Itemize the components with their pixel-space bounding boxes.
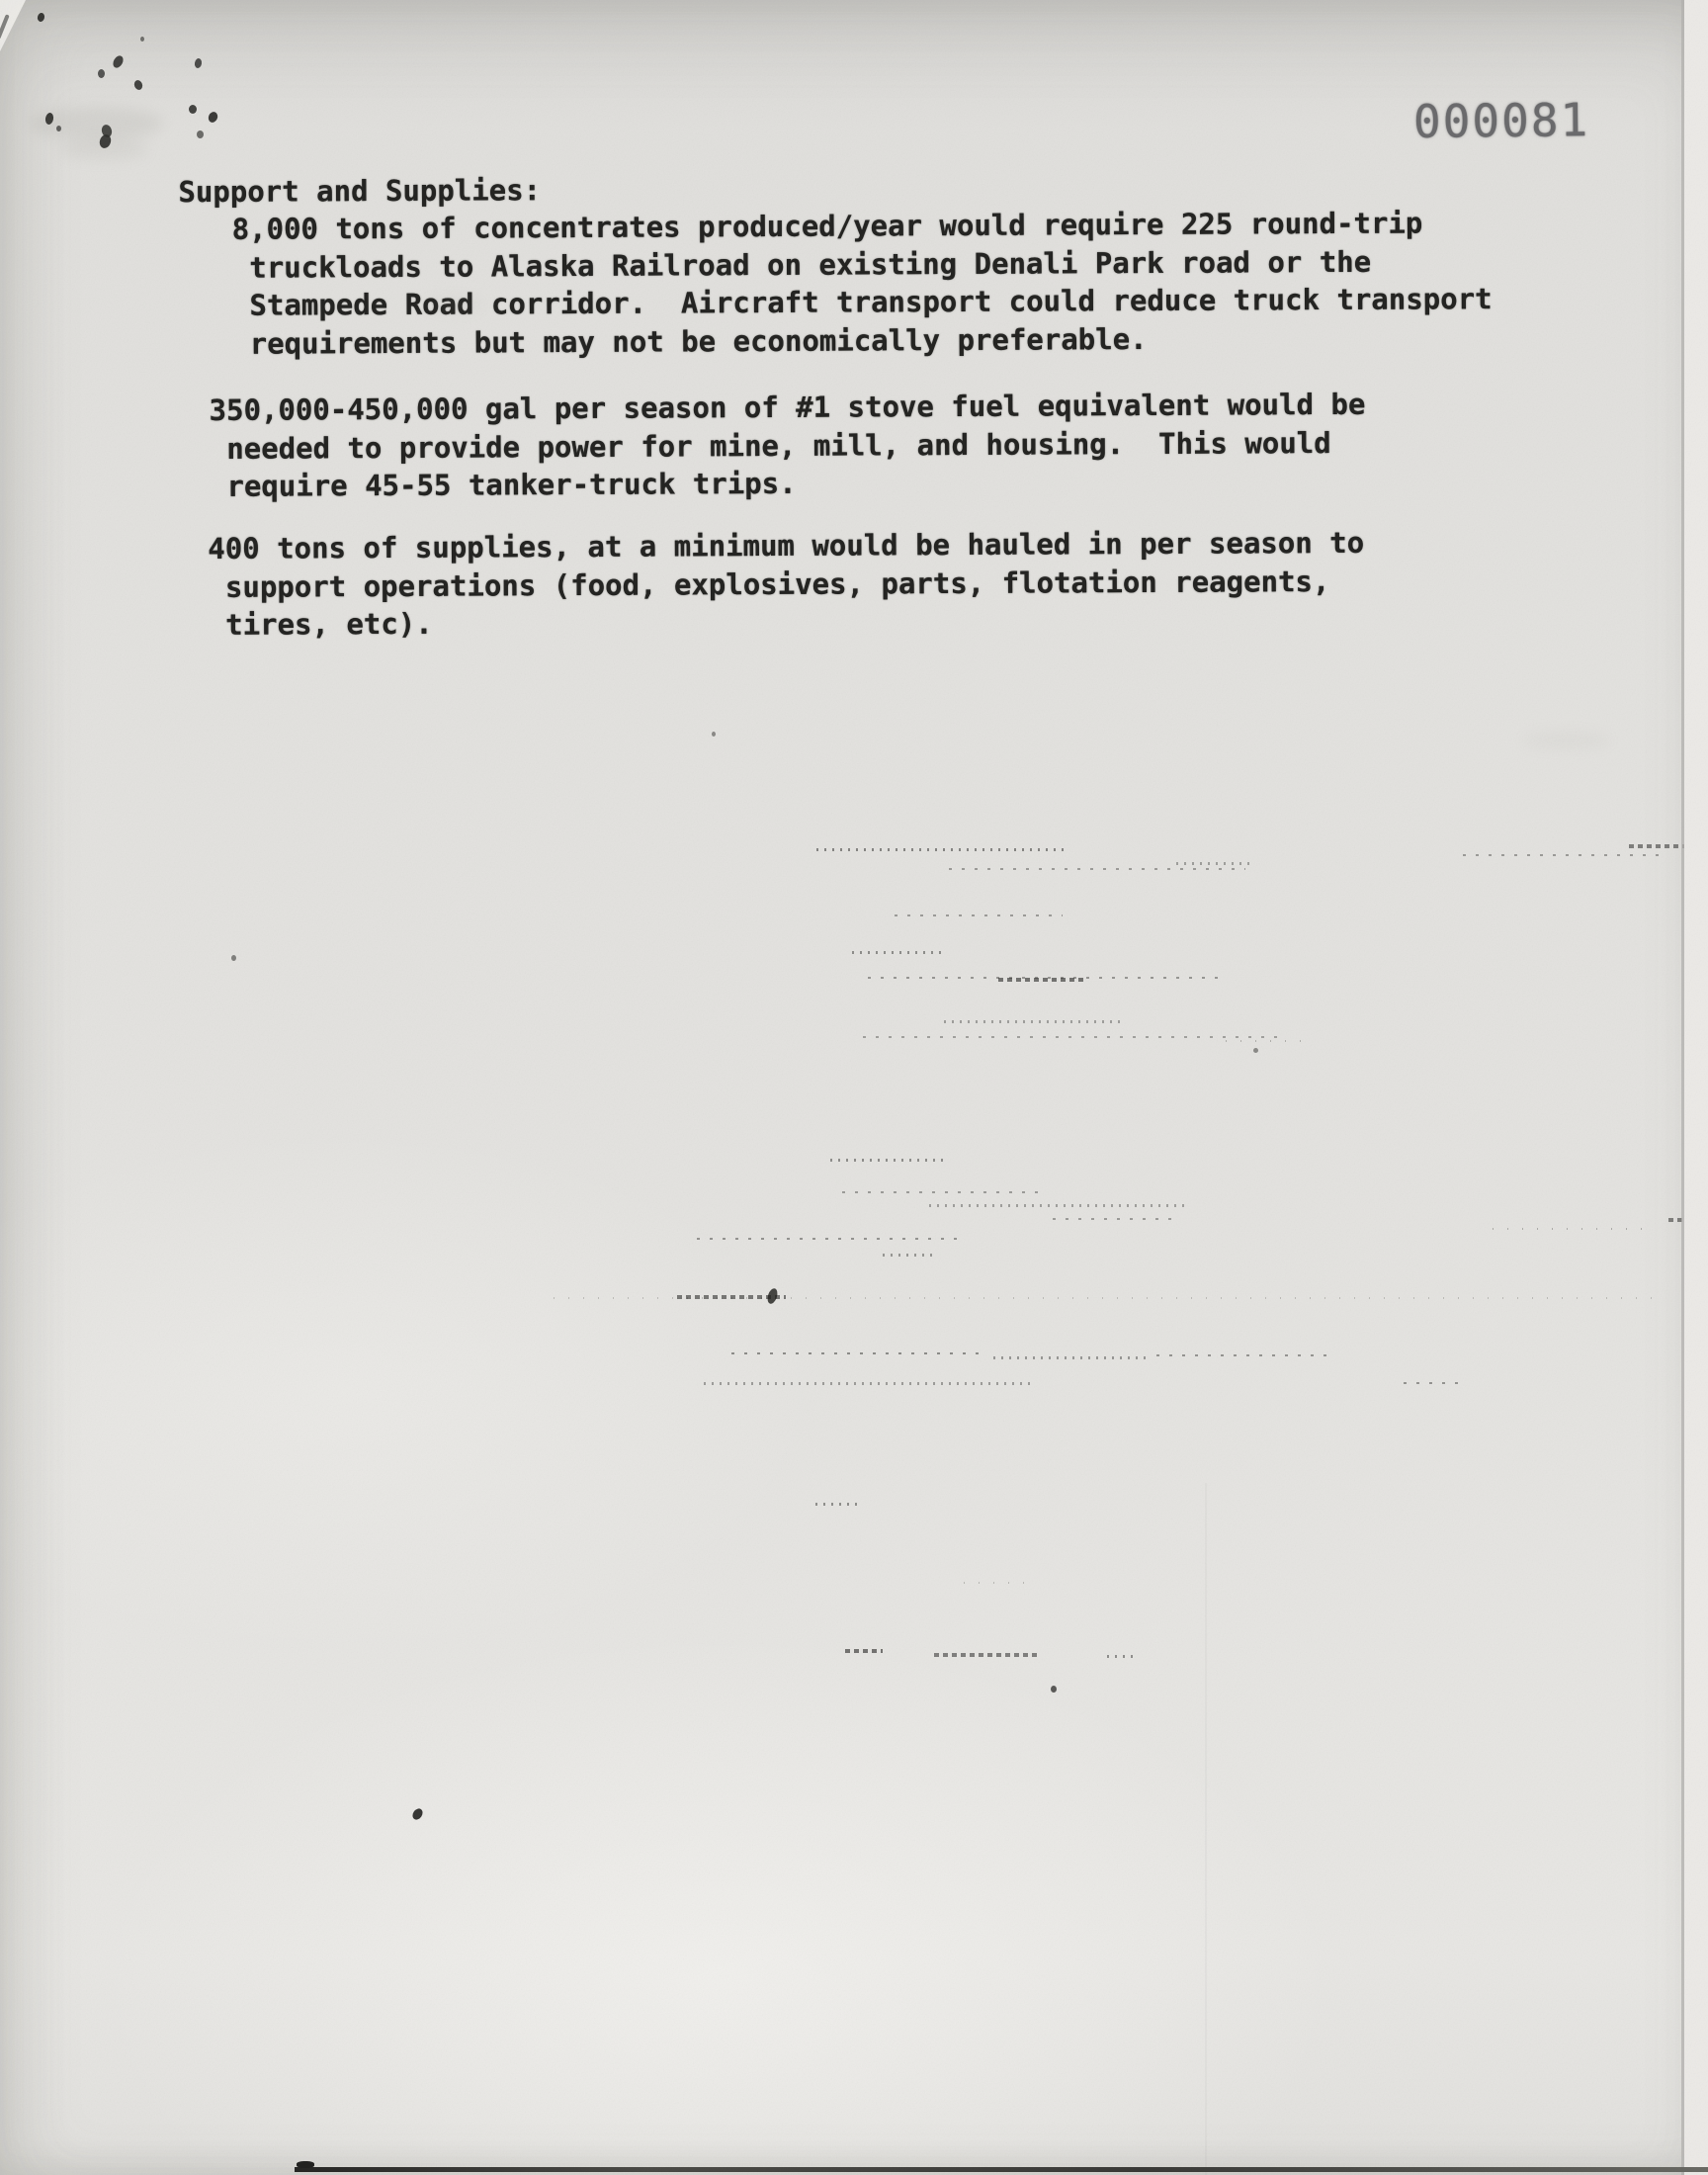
paragraph-concentrates: 8,000 tons of concentrates produced/year… (232, 204, 1493, 363)
smudge-speckle-line (830, 1159, 949, 1162)
smudge-speckle-line (845, 1649, 883, 1653)
smudge-speckle-line (929, 1204, 1186, 1207)
smudge-speckle-line (998, 978, 1087, 982)
scanner-bed-strip (1684, 0, 1708, 2175)
ink-speck (231, 955, 236, 961)
fold-line (1205, 1483, 1207, 2175)
smudge-speckle-line (993, 1356, 1152, 1359)
smudge-speckle-line (863, 1036, 1278, 1038)
smudge-speckle-line (815, 1503, 857, 1506)
scanned-document-page: 000081 Support and Supplies: 8,000 tons … (0, 0, 1708, 2175)
ink-speck (98, 69, 105, 78)
smudge-speckle-line (1107, 1655, 1139, 1658)
smudge-speckle-line (934, 1653, 1038, 1657)
smudge-speckle-line (842, 1191, 1040, 1193)
ghost-smudge (30, 107, 163, 140)
smudge-speckle-line (944, 1020, 1122, 1023)
smudge-speckle-line (964, 1582, 1033, 1584)
smudge-speckle-line (816, 848, 1064, 851)
smudge-speckle-line (1176, 862, 1255, 865)
ghost-smudge (1522, 732, 1611, 749)
paper-right-edge (1681, 0, 1684, 2175)
paragraph-fuel: 350,000-450,000 gal per season of #1 sto… (210, 386, 1366, 506)
ghost-smudge (59, 138, 148, 160)
ink-speck (197, 130, 204, 138)
smudge-speckle-line (1463, 854, 1661, 856)
smudge-speckle-line (1226, 1040, 1315, 1042)
paragraph-supplies: 400 tons of supplies, at a minimum would… (208, 524, 1364, 645)
smudge-speckle-line (731, 1352, 988, 1354)
smudge-speckle-line (1156, 1354, 1334, 1356)
ink-speck (1051, 1686, 1057, 1693)
smudge-speckle-line (895, 914, 1063, 916)
paper-bottom-edge (295, 2167, 1708, 2172)
smudge-speckle-line (1404, 1382, 1463, 1384)
ink-speck (140, 37, 144, 42)
ink-speck (712, 732, 716, 737)
smudge-speckle-line (852, 951, 946, 954)
smudge-speckle-line (1493, 1228, 1651, 1230)
ink-speck (1253, 1048, 1258, 1053)
smudge-speckle-line (949, 868, 1245, 870)
smudge-speckle-line (704, 1382, 1030, 1385)
bottom-edge-ink-blob (297, 2161, 314, 2168)
smudge-speckle-line (1053, 1218, 1171, 1220)
typewritten-text-block: Support and Supplies: 8,000 tons of conc… (0, 0, 1708, 2175)
smudge-speckle-line (697, 1238, 964, 1240)
section-heading: Support and Supplies: (178, 171, 541, 211)
ghost-smudge (425, 297, 484, 312)
ink-speck (189, 105, 197, 114)
smudge-speckle-line (883, 1254, 937, 1257)
